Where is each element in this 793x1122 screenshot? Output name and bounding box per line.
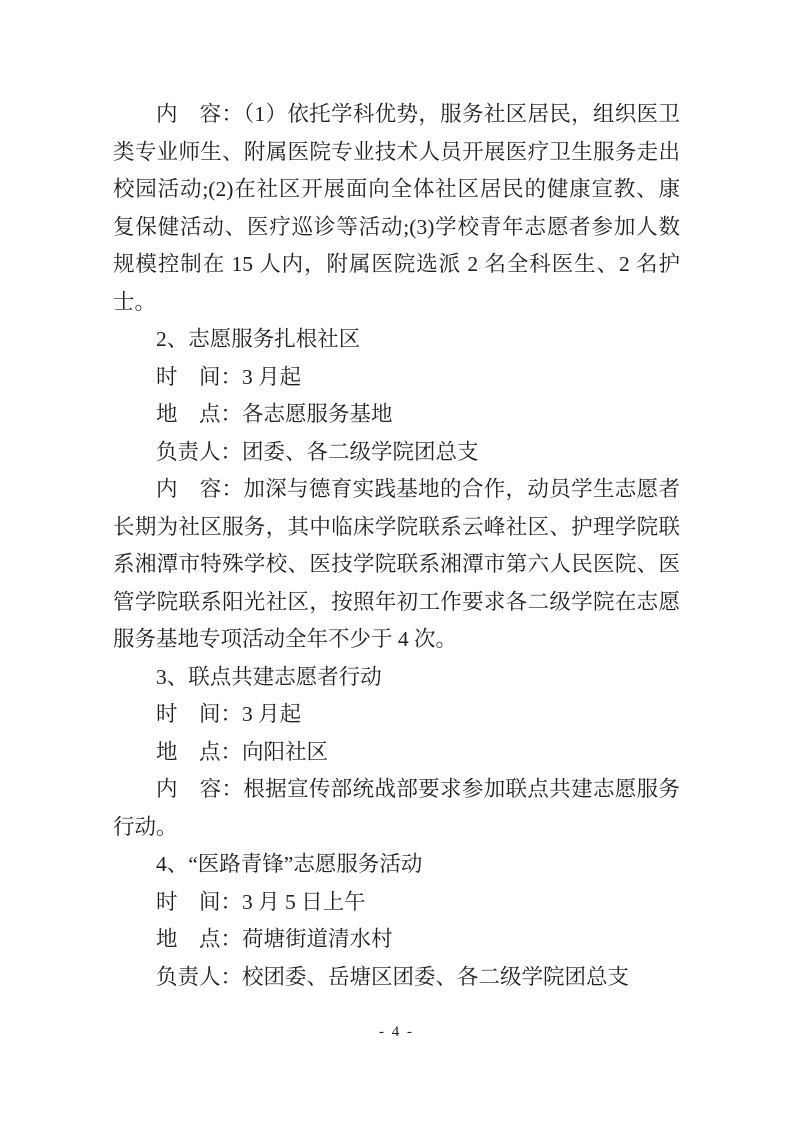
document-page: 内 容：（1）依托学科优势，服务社区居民，组织医卫类专业师生、附属医院专业技术人…	[0, 0, 793, 1122]
activity4-responsible: 负责人：校团委、岳塘区团委、各二级学院团总支	[113, 959, 680, 997]
page-number: - 4 -	[0, 1024, 793, 1041]
activity3-time: 时 间：3 月起	[113, 696, 680, 734]
activity4-time: 时 间：3 月 5 日上午	[113, 884, 680, 922]
heading-activity-3: 3、联点共建志愿者行动	[113, 659, 680, 697]
paragraph-activity2-content: 内 容：加深与德育实践基地的合作，动员学生志愿者长期为社区服务，其中临床学院联系…	[113, 471, 680, 659]
activity2-location: 地 点：各志愿服务基地	[113, 396, 680, 434]
activity2-time: 时 间：3 月起	[113, 359, 680, 397]
paragraph-activity3-content: 内 容：根据宣传部统战部要求参加联点共建志愿服务行动。	[113, 771, 680, 846]
activity4-location: 地 点：荷塘街道清水村	[113, 921, 680, 959]
activity3-location: 地 点：向阳社区	[113, 734, 680, 772]
heading-activity-2: 2、志愿服务扎根社区	[113, 321, 680, 359]
heading-activity-4: 4、“医路青锋”志愿服务活动	[113, 846, 680, 884]
activity2-responsible: 负责人：团委、各二级学院团总支	[113, 434, 680, 472]
document-body: 内 容：（1）依托学科优势，服务社区居民，组织医卫类专业师生、附属医院专业技术人…	[113, 96, 680, 996]
paragraph-activity1-content: 内 容：（1）依托学科优势，服务社区居民，组织医卫类专业师生、附属医院专业技术人…	[113, 96, 680, 321]
